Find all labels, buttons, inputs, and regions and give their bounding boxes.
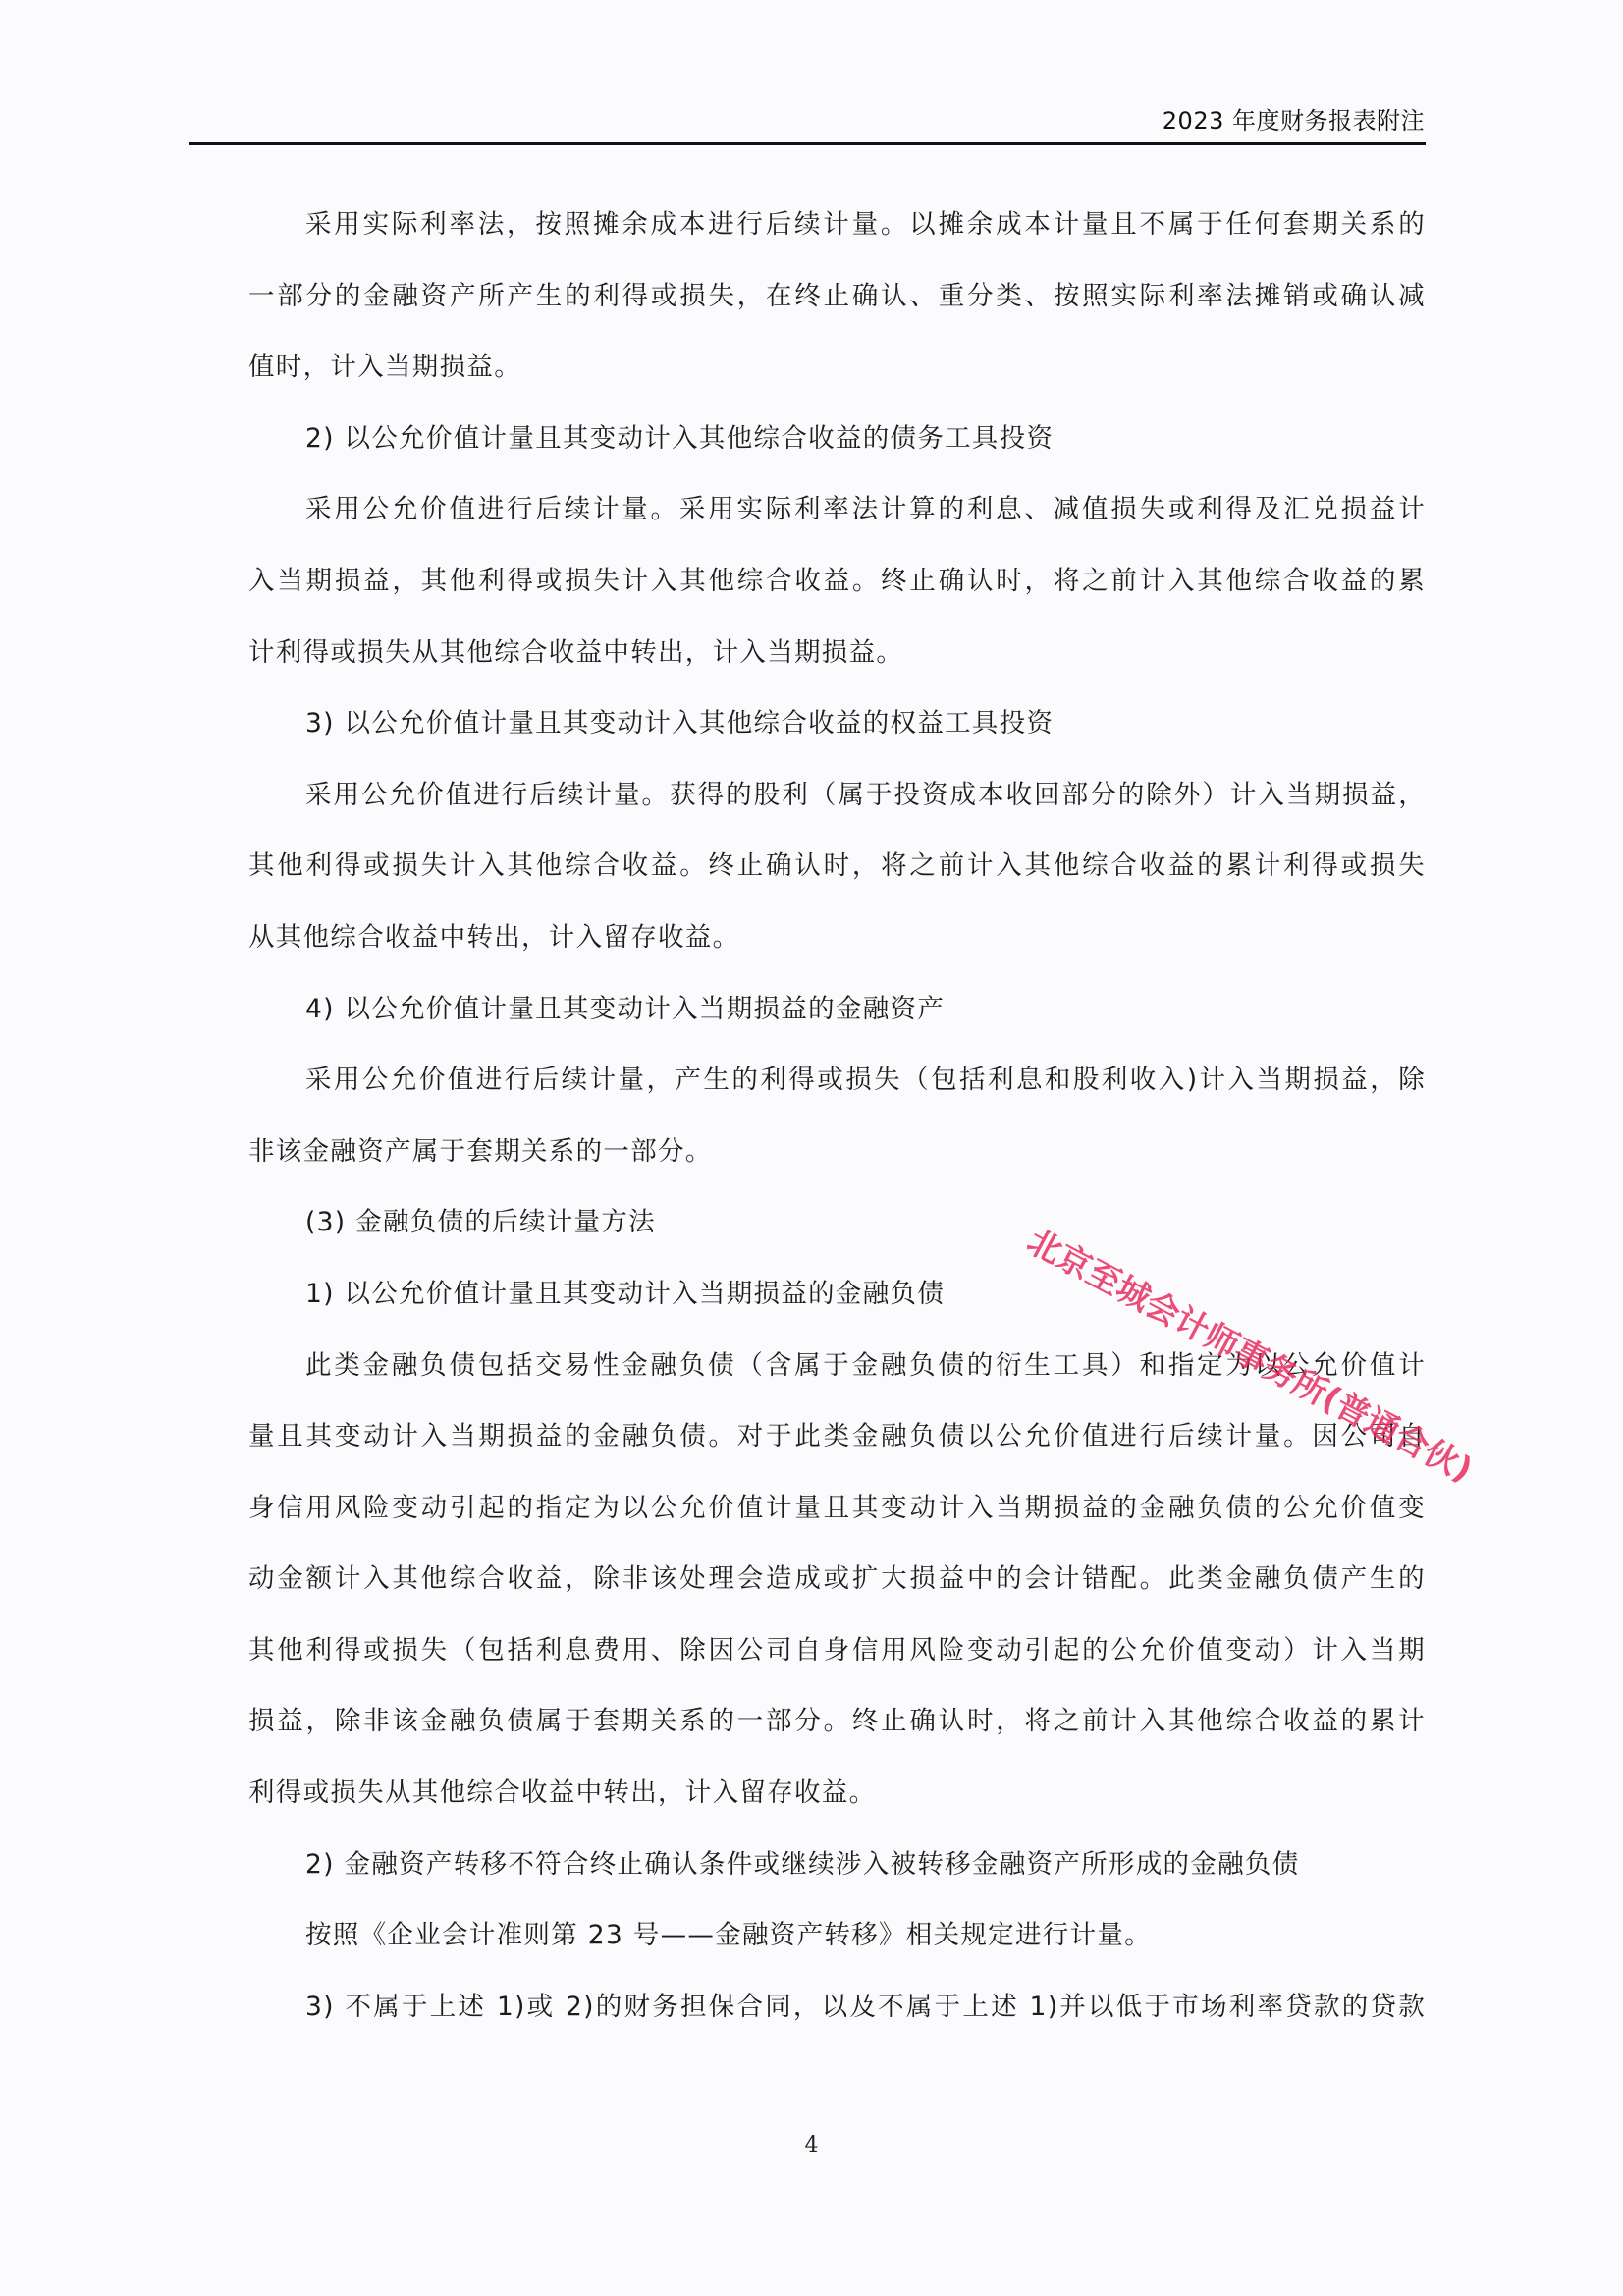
text-line-content: 其他利得或损失计入其他综合收益。终止确认时，将之前计入其他综合收益的累计利得或损… [248,845,1426,888]
text-line: 采用实际利率法，按照摊余成本进行后续计量。以摊余成本计量且不属于任何套期关系的 [248,203,1427,275]
text-line-content: 4) 以公允价值计量且其变动计入当期损益的金融资产 [305,994,945,1024]
text-line: 2) 以公允价值计量且其变动计入其他综合收益的债务工具投资 [248,417,1427,489]
text-line-content: 损益，除非该金融负债属于套期关系的一部分。终止确认时，将之前计入其他综合收益的累… [248,1700,1426,1743]
text-line: 采用公允价值进行后续计量。采用实际利率法计算的利息、减值损失或利得及汇兑损益计 [248,488,1427,560]
text-line-content: 其他利得或损失（包括利息费用、除因公司自身信用风险变动引起的公允价值变动）计入当… [248,1629,1426,1672]
text-line-content: 非该金融资产属于套期关系的一部分。 [248,1136,713,1167]
text-line: 采用公允价值进行后续计量，产生的利得或损失（包括利息和股利收入)计入当期损益，除 [248,1059,1427,1130]
text-line-content: 从其他综合收益中转出，计入留存收益。 [248,922,739,953]
text-line-content: 1) 以公允价值计量且其变动计入当期损益的金融负债 [305,1279,945,1309]
text-line-content: 3) 不属于上述 1)或 2)的财务担保合同，以及不属于上述 1)并以低于市场利… [305,1986,1426,2029]
text-line: 损益，除非该金融负债属于套期关系的一部分。终止确认时，将之前计入其他综合收益的累… [248,1700,1427,1772]
text-line-content: 计利得或损失从其他综合收益中转出，计入当期损益。 [248,637,903,668]
header-divider [189,142,1426,145]
text-line-content: 采用公允价值进行后续计量。采用实际利率法计算的利息、减值损失或利得及汇兑损益计 [305,488,1426,531]
page-header-title: 2023 年度财务报表附注 [1163,101,1425,136]
text-line: 3) 不属于上述 1)或 2)的财务担保合同，以及不属于上述 1)并以低于市场利… [248,1986,1427,2057]
text-line: (3) 金融负债的后续计量方法 [248,1201,1427,1273]
text-line-content: (3) 金融负债的后续计量方法 [305,1207,656,1237]
text-line: 采用公允价值进行后续计量。获得的股利（属于投资成本收回部分的除外）计入当期损益， [248,774,1427,846]
text-line: 2) 金融资产转移不符合终止确认条件或继续涉入被转移金融资产所形成的金融负债 [248,1843,1427,1915]
text-line: 其他利得或损失（包括利息费用、除因公司自身信用风险变动引起的公允价值变动）计入当… [248,1629,1427,1701]
text-line-content: 按照《企业会计准则第 23 号——金融资产转移》相关规定进行计量。 [305,1920,1152,1950]
text-line-content: 一部分的金融资产所产生的利得或损失，在终止确认、重分类、按照实际利率法摊销或确认… [248,275,1426,318]
text-line-content: 身信用风险变动引起的指定为以公允价值计量且其变动计入当期损益的金融负债的公允价值… [248,1487,1426,1530]
text-line: 利得或损失从其他综合收益中转出，计入留存收益。 [248,1772,1427,1843]
text-line-content: 值时，计入当期损益。 [248,352,521,382]
text-line-content: 3) 以公允价值计量且其变动计入其他综合收益的权益工具投资 [305,708,1054,738]
page-number: 4 [0,2133,1623,2158]
text-line: 4) 以公允价值计量且其变动计入当期损益的金融资产 [248,988,1427,1060]
text-line-content: 采用实际利率法，按照摊余成本进行后续计量。以摊余成本计量且不属于任何套期关系的 [305,203,1426,246]
text-line: 其他利得或损失计入其他综合收益。终止确认时，将之前计入其他综合收益的累计利得或损… [248,845,1427,916]
text-line: 值时，计入当期损益。 [248,346,1427,417]
text-line-content: 利得或损失从其他综合收益中转出，计入留存收益。 [248,1777,876,1808]
text-line: 身信用风险变动引起的指定为以公允价值计量且其变动计入当期损益的金融负债的公允价值… [248,1487,1427,1558]
text-line: 计利得或损失从其他综合收益中转出，计入当期损益。 [248,631,1427,703]
text-line-content: 动金额计入其他综合收益，除非该处理会造成或扩大损益中的会计错配。此类金融负债产生… [248,1558,1426,1601]
text-line: 从其他综合收益中转出，计入留存收益。 [248,916,1427,988]
document-body: 采用实际利率法，按照摊余成本进行后续计量。以摊余成本计量且不属于任何套期关系的一… [248,203,1427,2056]
text-line: 入当期损益，其他利得或损失计入其他综合收益。终止确认时，将之前计入其他综合收益的… [248,560,1427,631]
text-line-content: 2) 以公允价值计量且其变动计入其他综合收益的债务工具投资 [305,423,1054,454]
text-line-content: 入当期损益，其他利得或损失计入其他综合收益。终止确认时，将之前计入其他综合收益的… [248,560,1426,603]
text-line-content: 采用公允价值进行后续计量。获得的股利（属于投资成本收回部分的除外）计入当期损益， [305,774,1426,817]
text-line-content: 量且其变动计入当期损益的金融负债。对于此类金融负债以公允价值进行后续计量。因公司… [248,1415,1426,1458]
text-line-content: 采用公允价值进行后续计量，产生的利得或损失（包括利息和股利收入)计入当期损益，除 [305,1059,1426,1102]
text-line: 按照《企业会计准则第 23 号——金融资产转移》相关规定进行计量。 [248,1914,1427,1986]
text-line: 量且其变动计入当期损益的金融负债。对于此类金融负债以公允价值进行后续计量。因公司… [248,1415,1427,1487]
text-line-content: 2) 金融资产转移不符合终止确认条件或继续涉入被转移金融资产所形成的金融负债 [305,1849,1300,1880]
text-line: 非该金融资产属于套期关系的一部分。 [248,1130,1427,1202]
text-line: 3) 以公允价值计量且其变动计入其他综合收益的权益工具投资 [248,702,1427,774]
text-line: 动金额计入其他综合收益，除非该处理会造成或扩大损益中的会计错配。此类金融负债产生… [248,1558,1427,1629]
text-line: 一部分的金融资产所产生的利得或损失，在终止确认、重分类、按照实际利率法摊销或确认… [248,275,1427,347]
